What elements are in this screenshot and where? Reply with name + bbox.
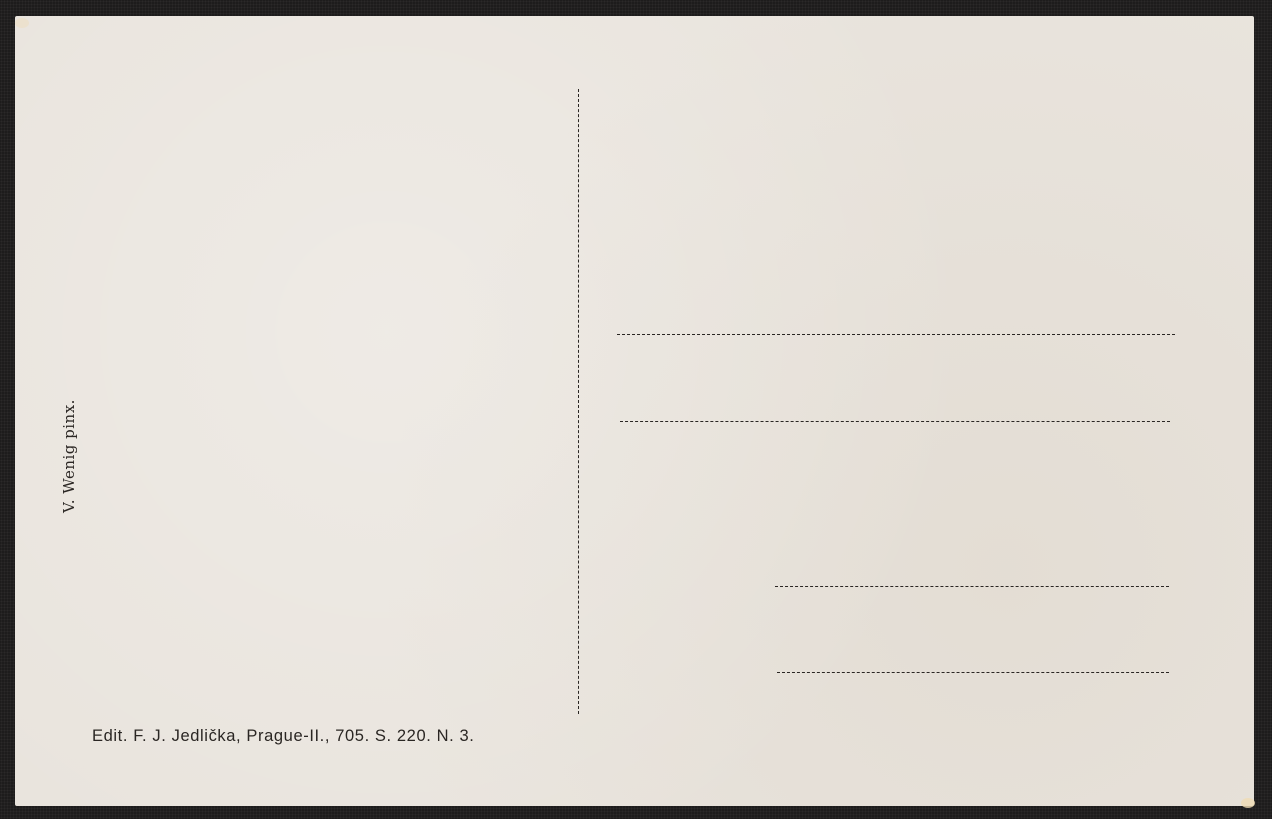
corner-wear-top-left <box>15 18 29 28</box>
address-line-4 <box>777 672 1169 673</box>
corner-wear-bottom-right <box>1241 798 1255 808</box>
artist-credit: V. Wenig pinx. <box>60 399 78 513</box>
address-line-3 <box>775 586 1169 587</box>
message-address-divider <box>578 89 579 714</box>
postcard-back: V. Wenig pinx. Edit. F. J. Jedlička, Pra… <box>15 16 1254 806</box>
address-line-1 <box>617 334 1175 335</box>
address-line-2 <box>620 421 1170 422</box>
publisher-imprint: Edit. F. J. Jedlička, Prague-II., 705. S… <box>92 727 474 746</box>
